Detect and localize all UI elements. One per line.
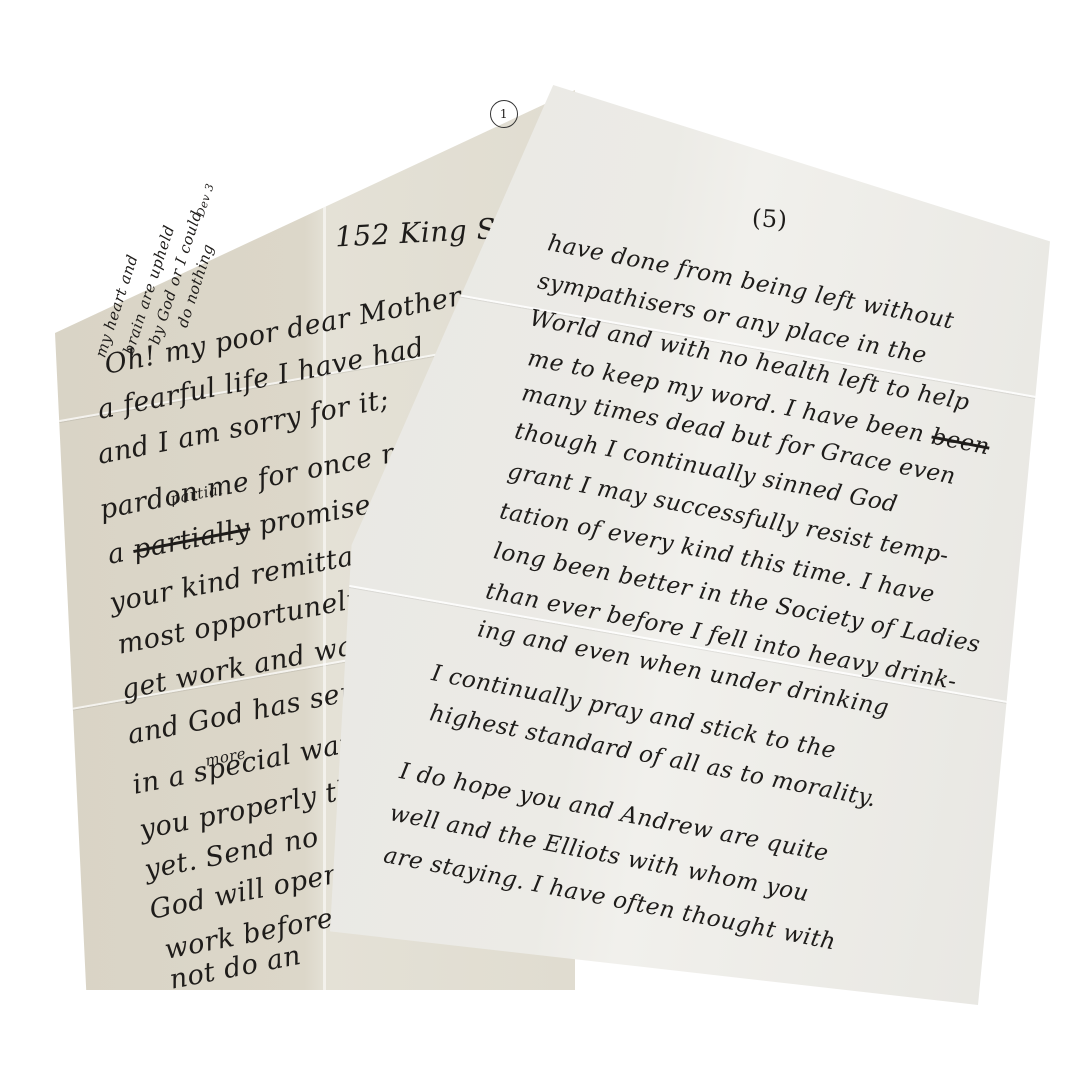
margin-note-line: Dev 3: [194, 182, 217, 219]
page-number-circle: 1: [490, 100, 518, 128]
fold-crease-vertical: [323, 90, 326, 990]
page-number: (5): [751, 204, 788, 234]
